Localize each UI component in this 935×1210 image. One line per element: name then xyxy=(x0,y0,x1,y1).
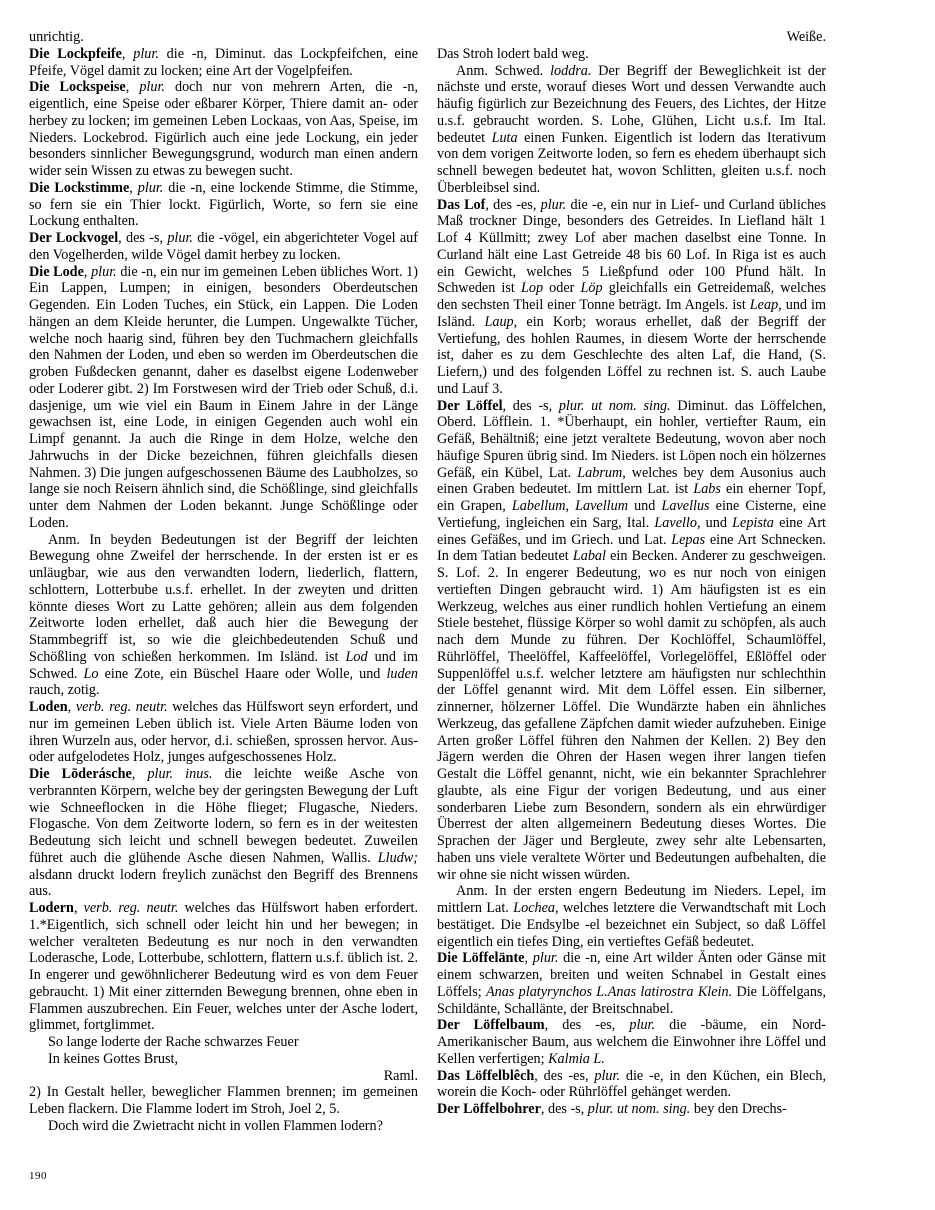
italic-term: plur. xyxy=(91,264,117,280)
italic-term: plur. xyxy=(594,1068,620,1084)
dictionary-entry: Der Lockvogel, des -s, plur. die -vögel,… xyxy=(29,230,418,264)
entry-headword: Der Löffelbaum xyxy=(437,1017,545,1033)
continuation-text: Das Stroh lodert bald weg. xyxy=(437,46,826,63)
dictionary-entry: Die Lode, plur. die -n, ein nur im gemei… xyxy=(29,264,418,532)
italic-term: Lepas xyxy=(671,532,705,548)
dictionary-entry: Die Lockstimme, plur. die -n, eine locke… xyxy=(29,180,418,230)
italic-term: plur. xyxy=(139,79,165,95)
italic-term: plur. inus. xyxy=(147,766,212,782)
entry-headword: Die Lockpfeife xyxy=(29,46,122,62)
continuation-text: unrichtig. xyxy=(29,29,418,46)
italic-term: Luta xyxy=(492,130,518,146)
dictionary-entry: Lodern, verb. reg. neutr. welches das Hü… xyxy=(29,900,418,1034)
italic-term: Leap, xyxy=(750,297,782,313)
entry-headword: Lodern xyxy=(29,900,74,916)
annotation-paragraph: Anm. In beyden Bedeutungen ist der Begri… xyxy=(29,532,418,700)
italic-term: Labs xyxy=(693,481,721,497)
entry-headword: Das Lof xyxy=(437,197,485,213)
italic-term: verb. reg. neutr. xyxy=(76,699,168,715)
entry-headword: Die Lode xyxy=(29,264,84,280)
dictionary-entry: Der Löffelbohrer, des -s, plur. ut nom. … xyxy=(437,1101,826,1118)
quote-attribution: Raml. xyxy=(29,1068,418,1085)
italic-term: Laup, xyxy=(484,314,517,330)
entry-headword: Der Löffelbohrer xyxy=(437,1101,541,1117)
italic-term: Kalmia L. xyxy=(548,1051,605,1067)
italic-term: Lochea, xyxy=(513,900,558,916)
entry-headword: Die Lōderásche xyxy=(29,766,132,782)
italic-term: Lavello, xyxy=(654,515,700,531)
dictionary-entry: Die Lockpfeife, plur. die -n, Diminut. d… xyxy=(29,46,418,80)
italic-term: plur. xyxy=(629,1017,655,1033)
page-number: 190 xyxy=(29,1170,47,1182)
italic-term: luden xyxy=(386,666,418,682)
dictionary-entry: Das Lof, des -es, plur. die -e, ein nur … xyxy=(437,197,826,398)
italic-term: Labellum, Lavellum xyxy=(512,498,628,514)
italic-term: Lludw; xyxy=(378,850,418,866)
annotation-paragraph: Anm. Schwed. loddra. Der Begriff der Bew… xyxy=(437,63,826,197)
dictionary-entry: Die Lockspeise, plur. doch nur von mehre… xyxy=(29,79,418,180)
italic-term: Anas platyrynchos L.Anas latirostra Klei… xyxy=(486,984,732,1000)
italic-term: verb. reg. neutr. xyxy=(84,900,179,916)
dictionary-entry: Loden, verb. reg. neutr. welches das Hül… xyxy=(29,699,418,766)
left-column: unrichtig.Die Lockpfeife, plur. die -n, … xyxy=(29,29,418,1135)
italic-term: plur. xyxy=(133,46,159,62)
italic-term: Labrum, xyxy=(577,465,626,481)
italic-term: loddra. xyxy=(550,63,591,79)
entry-headword: Der Löffel xyxy=(437,398,503,414)
verse-line: So lange loderte der Rache schwarzes Feu… xyxy=(29,1034,418,1051)
italic-term: plur. xyxy=(533,950,559,966)
italic-term: Lo xyxy=(84,666,99,682)
italic-term: Lod xyxy=(346,649,368,665)
italic-term: plur. xyxy=(138,180,164,196)
entry-headword: Das Löffelblêch xyxy=(437,1068,534,1084)
dictionary-entry: Die Löffelänte, plur. die -n, eine Art w… xyxy=(437,950,826,1017)
entry-headword: Die Lockspeise xyxy=(29,79,126,95)
dictionary-entry: Der Löffelbaum, des -es, plur. die -bäum… xyxy=(437,1017,826,1067)
italic-term: plur. xyxy=(167,230,193,246)
dictionary-entry: Die Lōderásche, plur. inus. die leichte … xyxy=(29,766,418,900)
italic-term: Lepista xyxy=(732,515,774,531)
entry-headword: Die Löffelänte xyxy=(437,950,524,966)
italic-term: Lop xyxy=(521,280,543,296)
italic-term: Labal xyxy=(573,548,606,564)
italic-term: plur. ut nom. sing. xyxy=(588,1101,690,1117)
italic-term: plur. xyxy=(541,197,567,213)
entry-headword: Der Lockvogel xyxy=(29,230,118,246)
continuation-text: 2) In Gestalt heller, beweglicher Flamme… xyxy=(29,1084,418,1118)
italic-term: Löp xyxy=(581,280,603,296)
verse-line: In keines Gottes Brust, xyxy=(29,1051,418,1068)
verse-line: Doch wird die Zwietracht nicht in vollen… xyxy=(29,1118,418,1135)
dictionary-entry: Das Löffelblêch, des -es, plur. die -e, … xyxy=(437,1068,826,1102)
annotation-paragraph: Anm. In der ersten engern Bedeutung im N… xyxy=(437,883,826,950)
quote-attribution: Weiße. xyxy=(437,29,826,46)
italic-term: Lavellus xyxy=(661,498,709,514)
dictionary-entry: Der Löffel, des -s, plur. ut nom. sing. … xyxy=(437,398,826,884)
entry-headword: Die Lockstimme xyxy=(29,180,129,196)
entry-headword: Loden xyxy=(29,699,68,715)
italic-term: plur. ut nom. sing. xyxy=(559,398,671,414)
right-column: Weiße.Das Stroh lodert bald weg.Anm. Sch… xyxy=(437,29,826,1118)
